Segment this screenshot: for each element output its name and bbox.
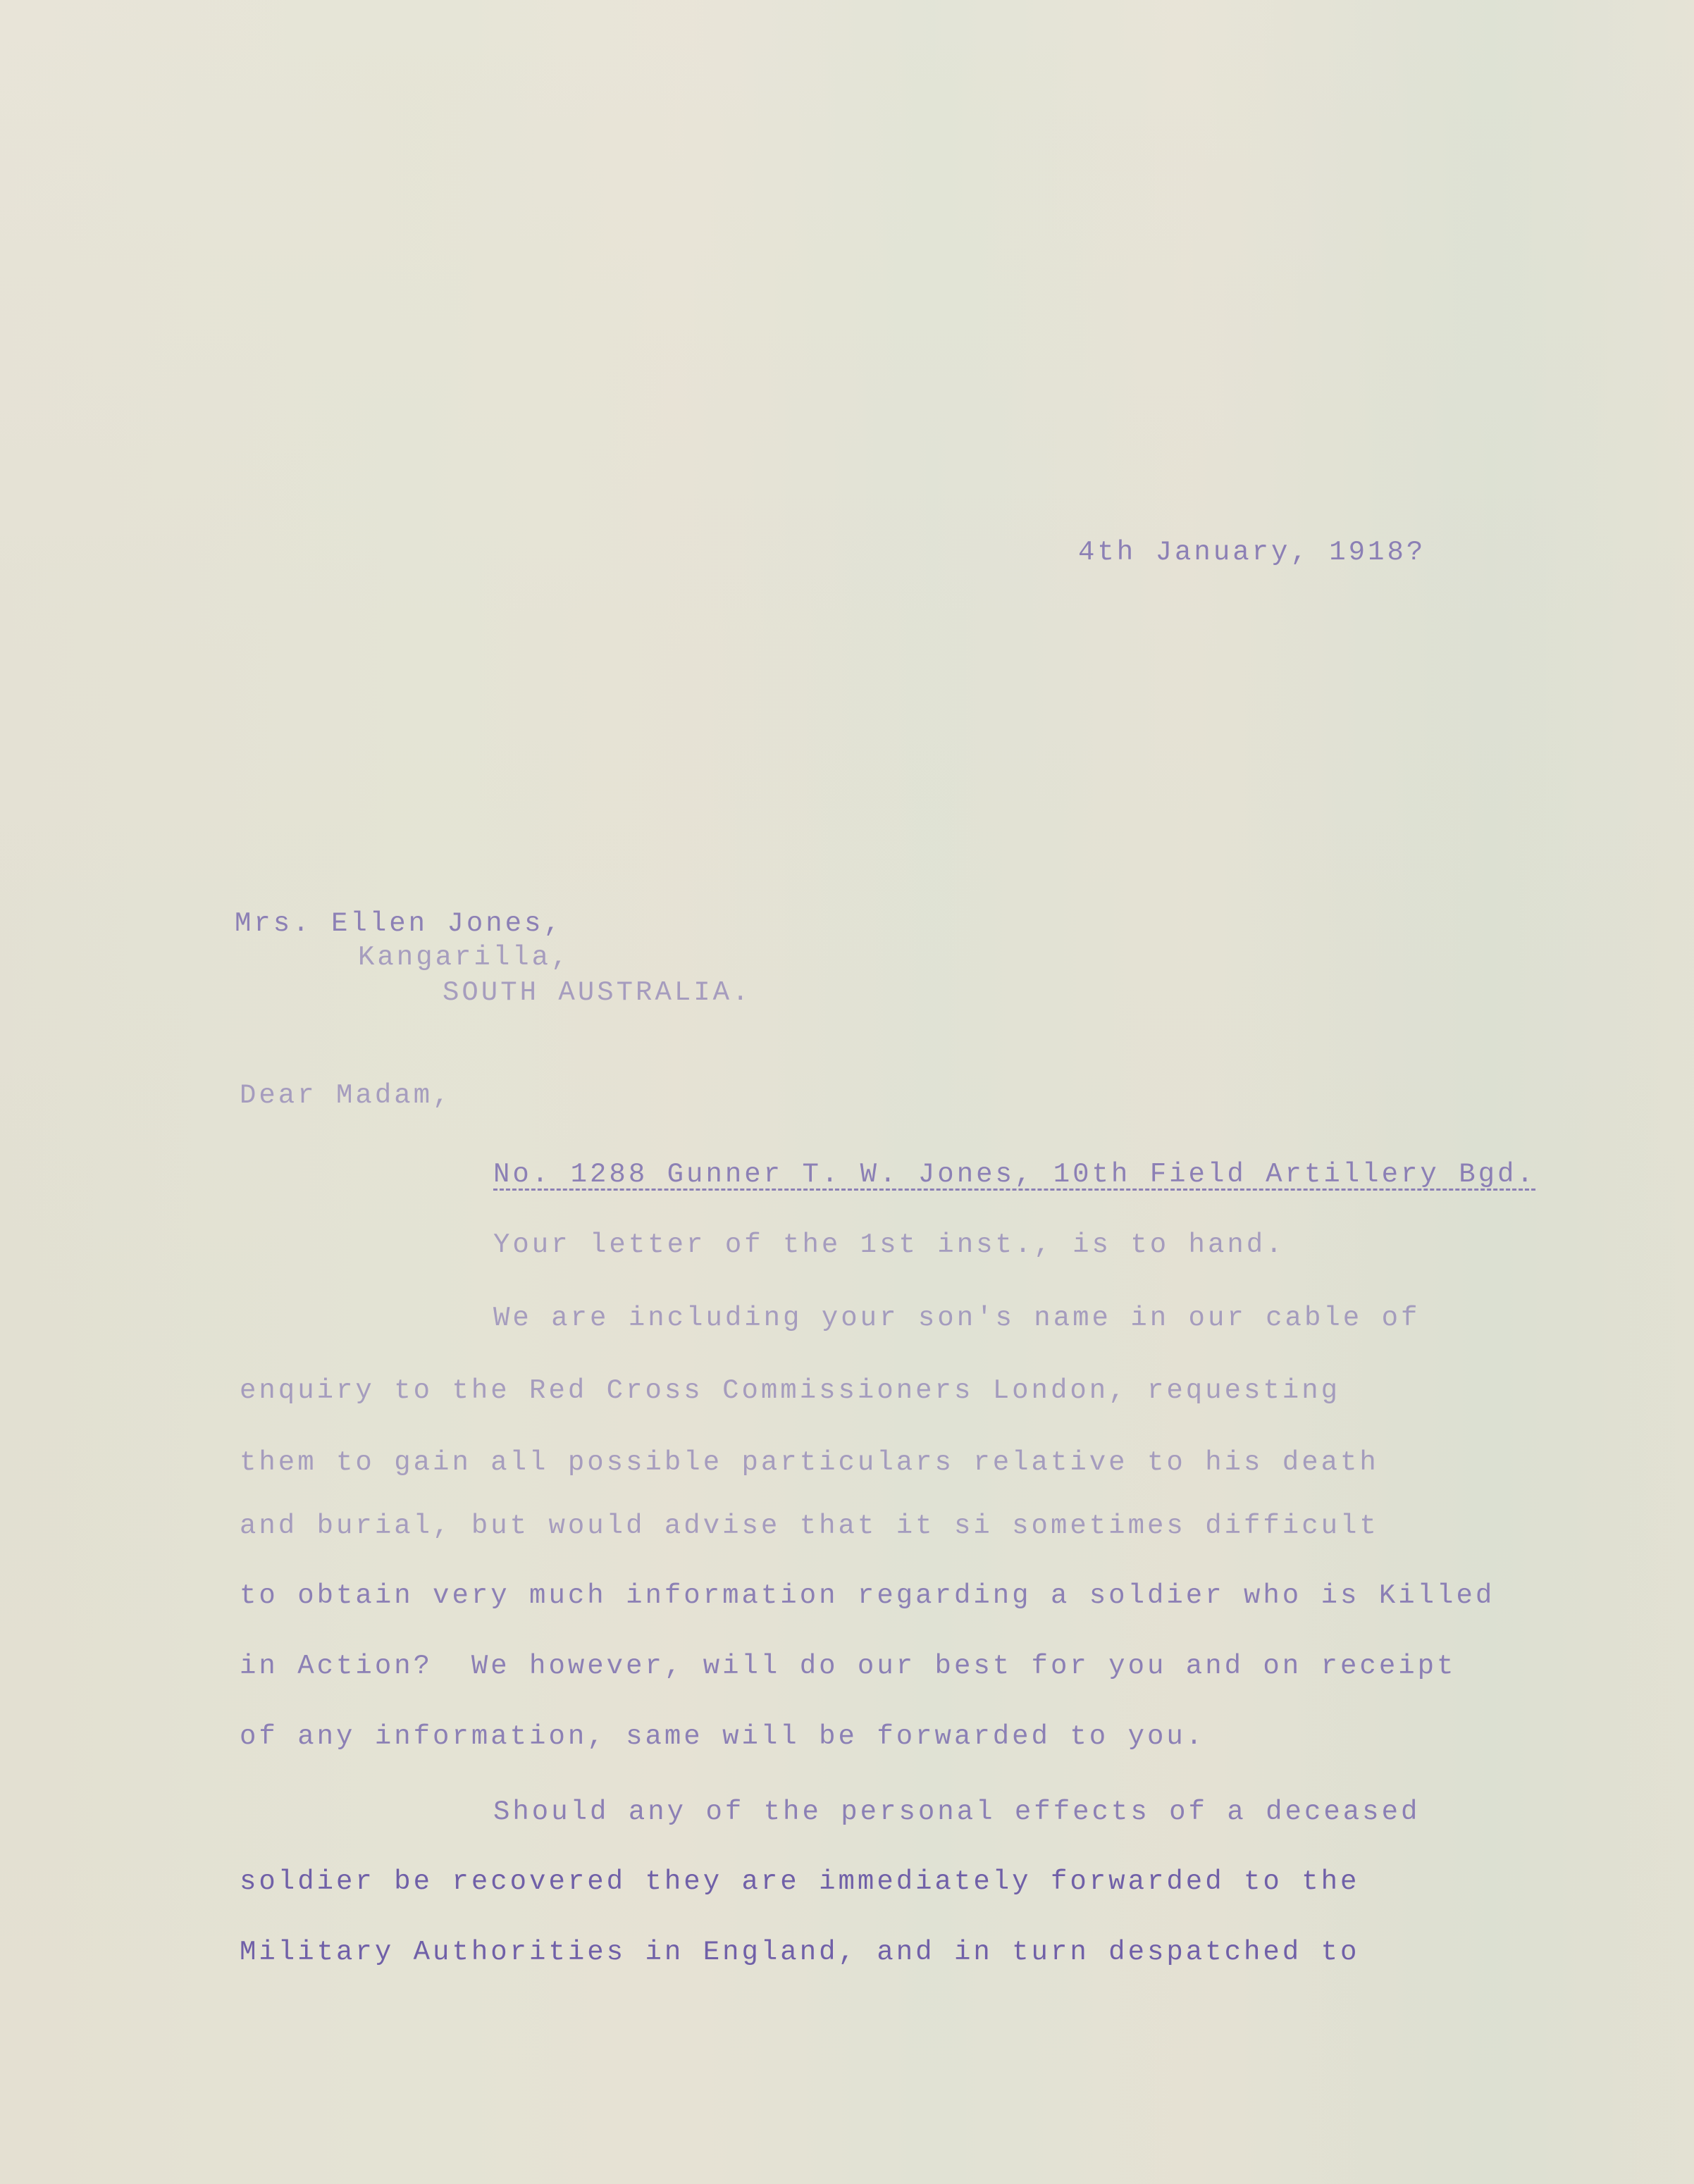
body-line-11: Military Authorities in England, and in …: [240, 1939, 1359, 1966]
body-line-2: We are including your son's name in our …: [493, 1305, 1420, 1332]
body-line-5: and burial, but would advise that it si …: [240, 1513, 1379, 1540]
recipient-town: Kangarilla,: [358, 944, 570, 972]
recipient-name: Mrs. Ellen Jones,: [235, 910, 563, 938]
letter-page: 4th January, 1918? Mrs. Ellen Jones, Kan…: [0, 0, 1694, 2184]
body-line-6: to obtain very much information regardin…: [240, 1582, 1495, 1610]
body-line-3: enquiry to the Red Cross Commissioners L…: [240, 1377, 1340, 1405]
body-line-4: them to gain all possible particulars re…: [240, 1449, 1379, 1477]
letter-date: 4th January, 1918?: [1078, 539, 1426, 566]
salutation: Dear Madam,: [240, 1082, 452, 1110]
body-line-8: of any information, same will be forward…: [240, 1723, 1205, 1751]
body-line-10: soldier be recovered they are immediatel…: [240, 1868, 1359, 1896]
recipient-state: SOUTH AUSTRALIA.: [443, 979, 751, 1007]
body-line-9: Should any of the personal effects of a …: [493, 1799, 1420, 1826]
body-line-1: Your letter of the 1st inst., is to hand…: [493, 1231, 1285, 1259]
subject-line: No. 1288 Gunner T. W. Jones, 10th Field …: [493, 1161, 1536, 1189]
body-line-7: in Action? We however, will do our best …: [240, 1653, 1456, 1680]
